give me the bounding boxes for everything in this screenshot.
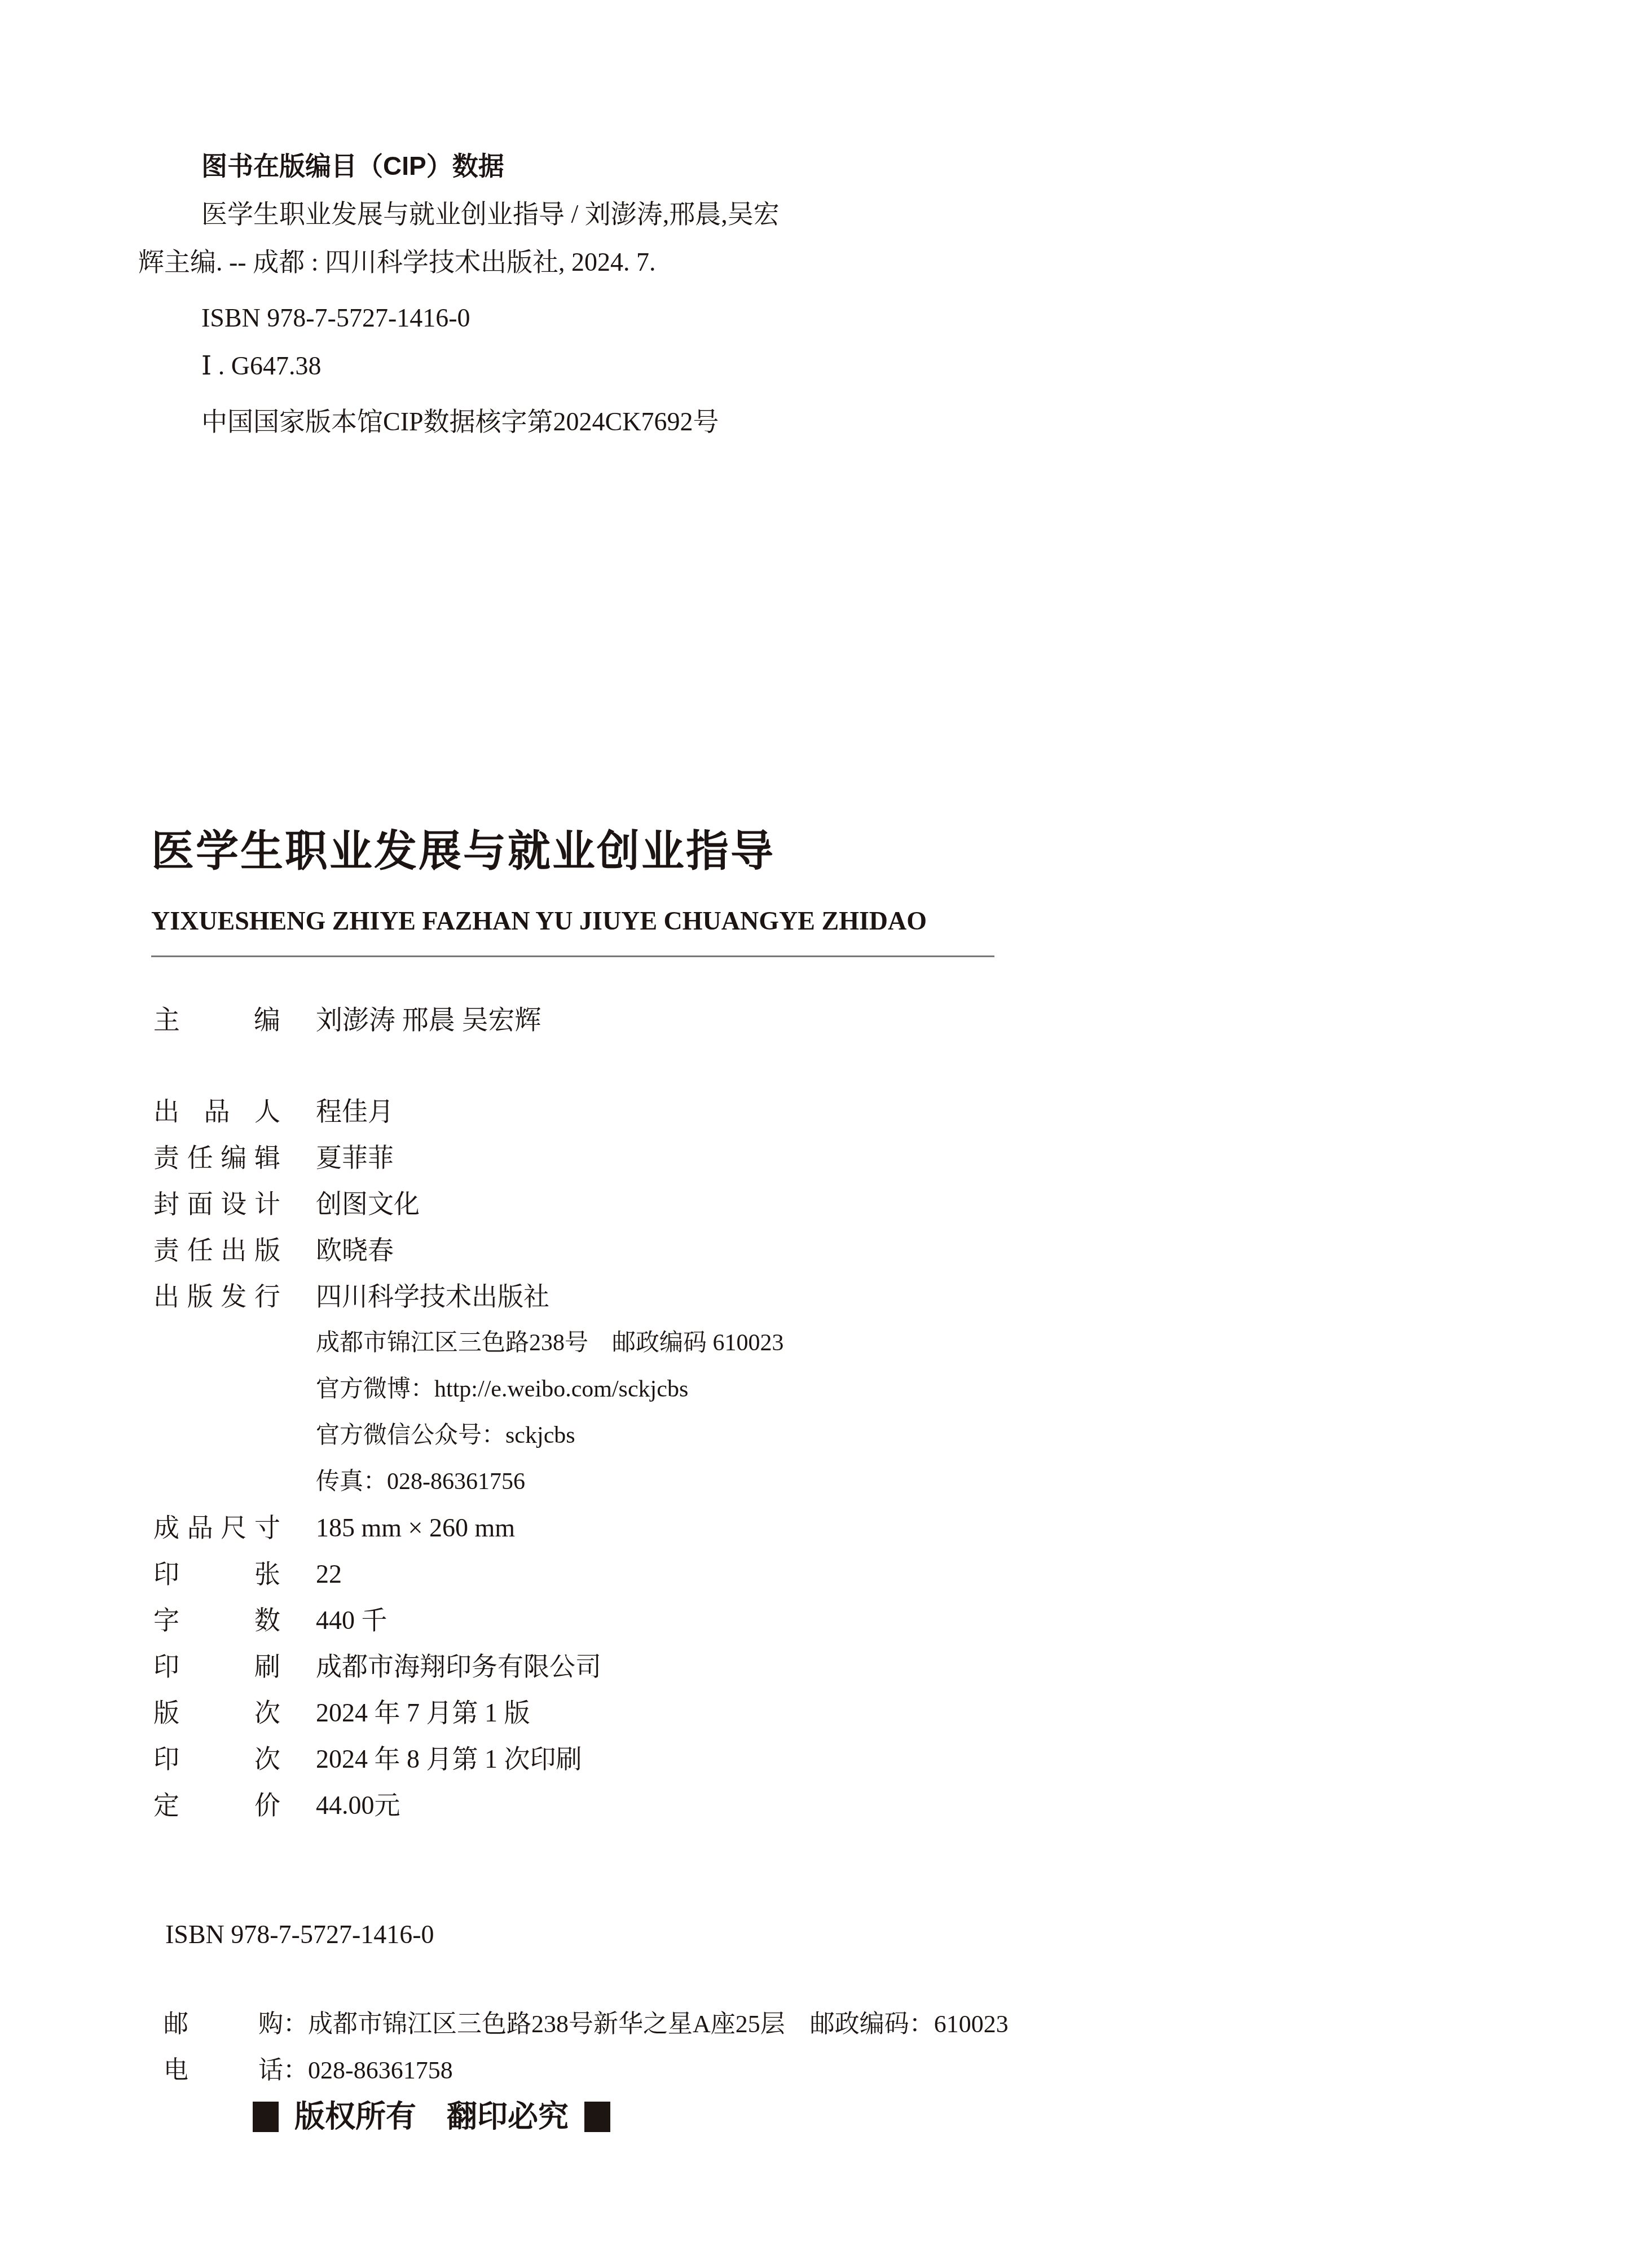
copyright-notice: 版权所有 翻印必究: [253, 2099, 610, 2134]
cip-header: 图书在版编目（CIP）数据: [138, 142, 780, 190]
phone-row: 电话 ：028-86361758: [164, 2047, 1009, 2094]
row-label: 出 品 人: [153, 1089, 280, 1135]
editor-row: 主编 刘澎涛 邢晨 吴宏辉: [153, 997, 541, 1043]
row-label: 成品尺寸: [153, 1505, 280, 1551]
row-label: 责任编辑: [153, 1135, 280, 1181]
row-value: 程佳月: [316, 1089, 394, 1135]
colophon-row-price: 定价 44.00元: [153, 1782, 784, 1829]
editor-names: 刘澎涛 邢晨 吴宏辉: [316, 997, 541, 1043]
colophon-row-impression: 印次 2024 年 8 月第 1 次印刷: [153, 1736, 784, 1782]
row-value: 欧晓春: [316, 1227, 394, 1274]
book-title: 医学生职业发展与就业创业指导: [151, 829, 1014, 874]
row-value: 2024 年 8 月第 1 次印刷: [316, 1736, 582, 1782]
colophon-row-sheets: 印张 22: [153, 1551, 784, 1597]
row-label: 出版发行: [153, 1274, 280, 1320]
row-label: 封面设计: [153, 1181, 280, 1227]
row-value: 官方微博：http://e.weibo.com/sckjcbs: [316, 1366, 688, 1412]
colophon-row-size: 成品尺寸 185 mm × 260 mm: [153, 1505, 784, 1551]
colophon-list: 出 品 人 程佳月 责任编辑 夏菲菲 封面设计 创图文化 责任出版 欧晓春 出版…: [153, 1089, 784, 1829]
cip-block: 图书在版编目（CIP）数据 医学生职业发展与就业创业指导 / 刘澎涛,邢晨,吴宏…: [138, 142, 780, 446]
row-value: 22: [316, 1551, 342, 1597]
row-value: 传真：028-86361756: [316, 1459, 525, 1505]
row-value: 夏菲菲: [316, 1135, 394, 1181]
black-square-icon: [584, 2102, 610, 2132]
row-label: 版次: [153, 1690, 280, 1736]
row-value: 创图文化: [316, 1181, 420, 1227]
colophon-row-printer: 印刷 成都市海翔印务有限公司: [153, 1644, 784, 1690]
contact-block: 邮购 ：成都市锦江区三色路238号新华之星A座25层 邮政编码：610023 电…: [164, 2001, 1009, 2094]
row-label: 印次: [153, 1736, 280, 1782]
isbn-footer: ISBN 978-7-5727-1416-0: [165, 1918, 434, 1952]
title-block: 医学生职业发展与就业创业指导 YIXUESHENG ZHIYE FAZHAN Y…: [151, 829, 1014, 957]
mail-order-label: 邮购: [164, 2001, 283, 2047]
cip-isbn: ISBN 978-7-5727-1416-0: [138, 294, 780, 342]
cip-description-line1: 医学生职业发展与就业创业指导 / 刘澎涛,邢晨,吴宏: [138, 190, 780, 238]
row-label: 印刷: [153, 1644, 280, 1690]
cip-record-number: 中国国家版本馆CIP数据核字第2024CK7692号: [138, 398, 780, 446]
colophon-row-cover-design: 封面设计 创图文化: [153, 1181, 784, 1227]
colophon-row-weibo: 官方微博：http://e.weibo.com/sckjcbs: [153, 1366, 784, 1412]
phone-value: ：028-86361758: [283, 2047, 453, 2094]
book-title-pinyin: YIXUESHENG ZHIYE FAZHAN YU JIUYE CHUANGY…: [151, 907, 1014, 935]
row-value: 44.00元: [316, 1782, 400, 1829]
cip-description-line2: 辉主编. -- 成都 : 四川科学技术出版社, 2024. 7.: [138, 238, 780, 286]
colophon-row-address: 成都市锦江区三色路238号 邮政编码 610023: [153, 1320, 784, 1366]
row-label: 字数: [153, 1597, 280, 1644]
cip-classification: Ⅰ . G647.38: [138, 342, 780, 390]
row-value: 2024 年 7 月第 1 版: [316, 1690, 530, 1736]
mail-order-value: ：成都市锦江区三色路238号新华之星A座25层 邮政编码：610023: [283, 2001, 1009, 2047]
colophon-row-wechat: 官方微信公众号：sckjcbs: [153, 1412, 784, 1459]
row-label: 责任出版: [153, 1227, 280, 1274]
colophon-row-publishing-editor: 责任出版 欧晓春: [153, 1227, 784, 1274]
editor-label: 主编: [153, 997, 280, 1043]
colophon-row-publisher: 出版发行 四川科学技术出版社: [153, 1274, 784, 1320]
row-value: 成都市海翔印务有限公司: [316, 1644, 601, 1690]
phone-label: 电话: [164, 2047, 283, 2094]
book-copyright-page: 图书在版编目（CIP）数据 医学生职业发展与就业创业指导 / 刘澎涛,邢晨,吴宏…: [0, 0, 1629, 2268]
colophon-row-word-count: 字数 440 千: [153, 1597, 784, 1644]
copyright-text: 版权所有 翻印必究: [294, 2099, 569, 2134]
row-value: 四川科学技术出版社: [316, 1274, 549, 1320]
black-square-icon: [253, 2102, 279, 2132]
colophon-row-editor: 责任编辑 夏菲菲: [153, 1135, 784, 1181]
row-value: 185 mm × 260 mm: [316, 1505, 515, 1551]
colophon-row-edition: 版次 2024 年 7 月第 1 版: [153, 1690, 784, 1736]
mail-order-row: 邮购 ：成都市锦江区三色路238号新华之星A座25层 邮政编码：610023: [164, 2001, 1009, 2047]
colophon-row-producer: 出 品 人 程佳月: [153, 1089, 784, 1135]
colophon-row-fax: 传真：028-86361756: [153, 1459, 784, 1505]
divider-rule: [151, 955, 994, 957]
row-value: 440 千: [316, 1597, 388, 1644]
row-label: 印张: [153, 1551, 280, 1597]
row-label: 定价: [153, 1782, 280, 1829]
row-value: 成都市锦江区三色路238号 邮政编码 610023: [316, 1320, 784, 1366]
row-value: 官方微信公众号：sckjcbs: [316, 1412, 575, 1459]
